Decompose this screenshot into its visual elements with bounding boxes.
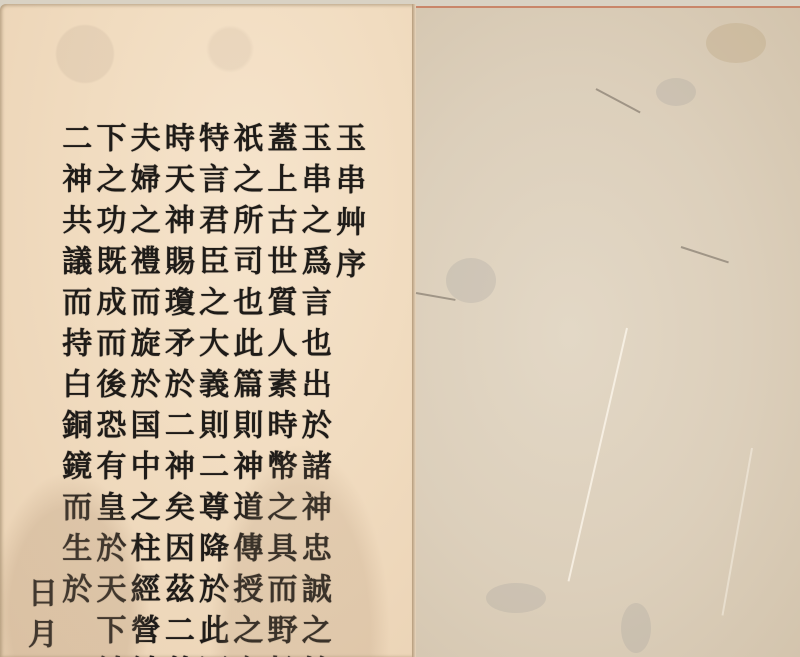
text-column-5: 時天神賜瓊矛於二神矣因茲二尊立 — [159, 122, 191, 642]
text-column-7: 下之功既成而後恐有皇於天下於是 — [90, 122, 122, 642]
paper-stain — [656, 78, 696, 106]
paper-crease — [721, 448, 752, 616]
paper-crack — [596, 88, 641, 113]
left-page: 玉串艸序 玉串之爲言也出於諸神忠誠之餘矣 蓋上古世質人素時幣之具而野趣山 祇之所… — [0, 4, 414, 657]
text-column-8: 二神共議而持白銅鏡而生於 — [56, 122, 88, 642]
book-spread: 玉串艸序 玉串之爲言也出於諸神忠誠之餘矣 蓋上古世質人素時幣之具而野趣山 祇之所… — [0, 0, 800, 657]
text-column-2: 蓋上古世質人素時幣之具而野趣山 — [262, 122, 294, 642]
text-column-6: 夫婦之禮而旋於国中之柱經營於天 — [125, 122, 157, 642]
right-page-blank — [416, 6, 800, 657]
paper-crease — [568, 328, 628, 582]
paper-stain — [621, 603, 651, 653]
preface-title: 玉串艸序 — [330, 122, 362, 642]
text-column-9: 日月 — [22, 122, 54, 642]
paper-stain — [486, 583, 546, 613]
vertical-text-block: 玉串艸序 玉串之爲言也出於諸神忠誠之餘矣 蓋上古世質人素時幣之具而野趣山 祇之所… — [22, 122, 362, 642]
paper-stain — [446, 258, 496, 303]
text-column-4: 特言君臣之大義則二尊降於此国之 — [193, 122, 225, 642]
paper-stain — [706, 23, 766, 63]
text-column-3: 祇之所司也此篇則神道傳授之言而 — [227, 122, 259, 642]
text-column-1: 玉串之爲言也出於諸神忠誠之餘矣 — [296, 122, 328, 642]
paper-crack — [681, 246, 729, 263]
